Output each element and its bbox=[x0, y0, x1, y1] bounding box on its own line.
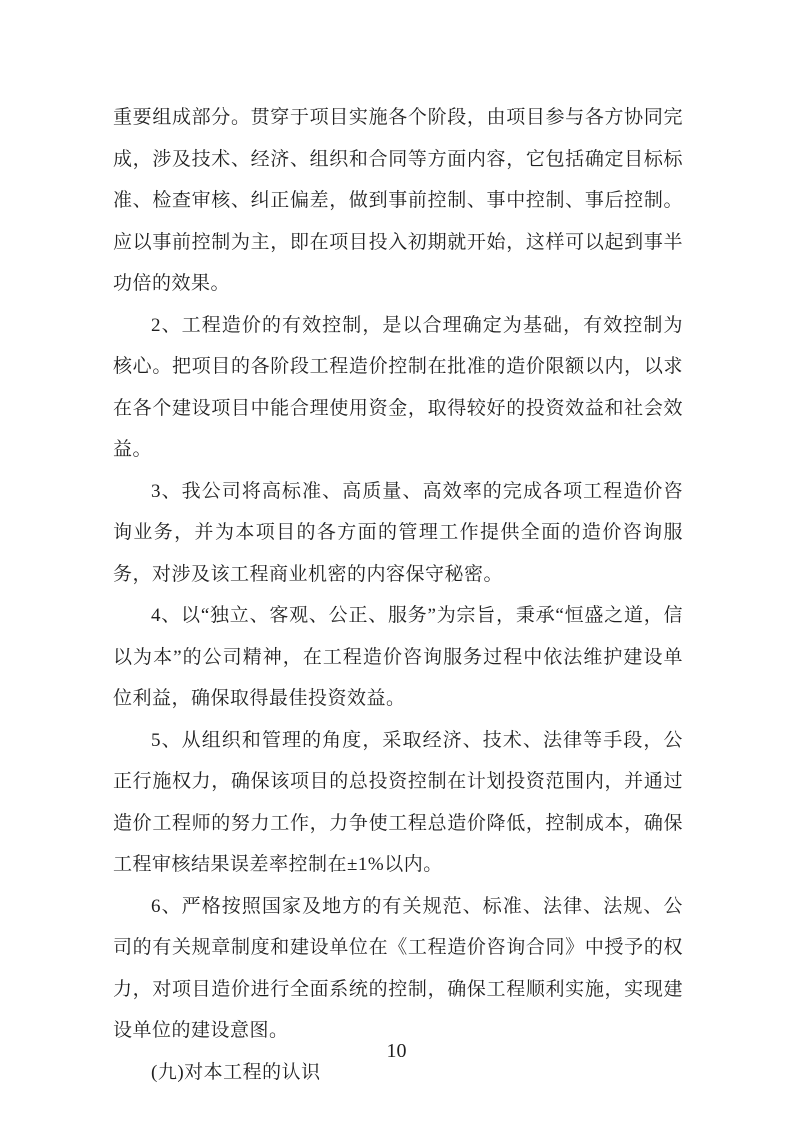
paragraph-item-2: 2、工程造价的有效控制，是以合理确定为基础，有效控制为核心。把项目的各阶段工程造… bbox=[113, 305, 683, 471]
paragraph-item-5: 5、从组织和管理的角度，采取经济、技术、法律等手段，公正行施权力，确保该项目的总… bbox=[113, 720, 683, 886]
paragraph-item-4: 4、以“独立、客观、公正、服务”为宗旨，秉承“恒盛之道，信以为本”的公司精神，在… bbox=[113, 595, 683, 720]
paragraph-item-6: 6、严格按照国家及地方的有关规范、标准、法律、法规、公司的有关规章制度和建设单位… bbox=[113, 886, 683, 1052]
paragraph-item-3: 3、我公司将高标准、高质量、高效率的完成各项工程造价咨询业务，并为本项目的各方面… bbox=[113, 471, 683, 596]
page-number: 10 bbox=[0, 1041, 793, 1061]
document-page: 重要组成部分。贯穿于项目实施各个阶段，由项目参与各方协同完成，涉及技术、经济、组… bbox=[0, 0, 793, 1122]
document-body: 重要组成部分。贯穿于项目实施各个阶段，由项目参与各方协同完成，涉及技术、经济、组… bbox=[113, 97, 683, 1093]
paragraph-continuation: 重要组成部分。贯穿于项目实施各个阶段，由项目参与各方协同完成，涉及技术、经济、组… bbox=[113, 97, 683, 305]
